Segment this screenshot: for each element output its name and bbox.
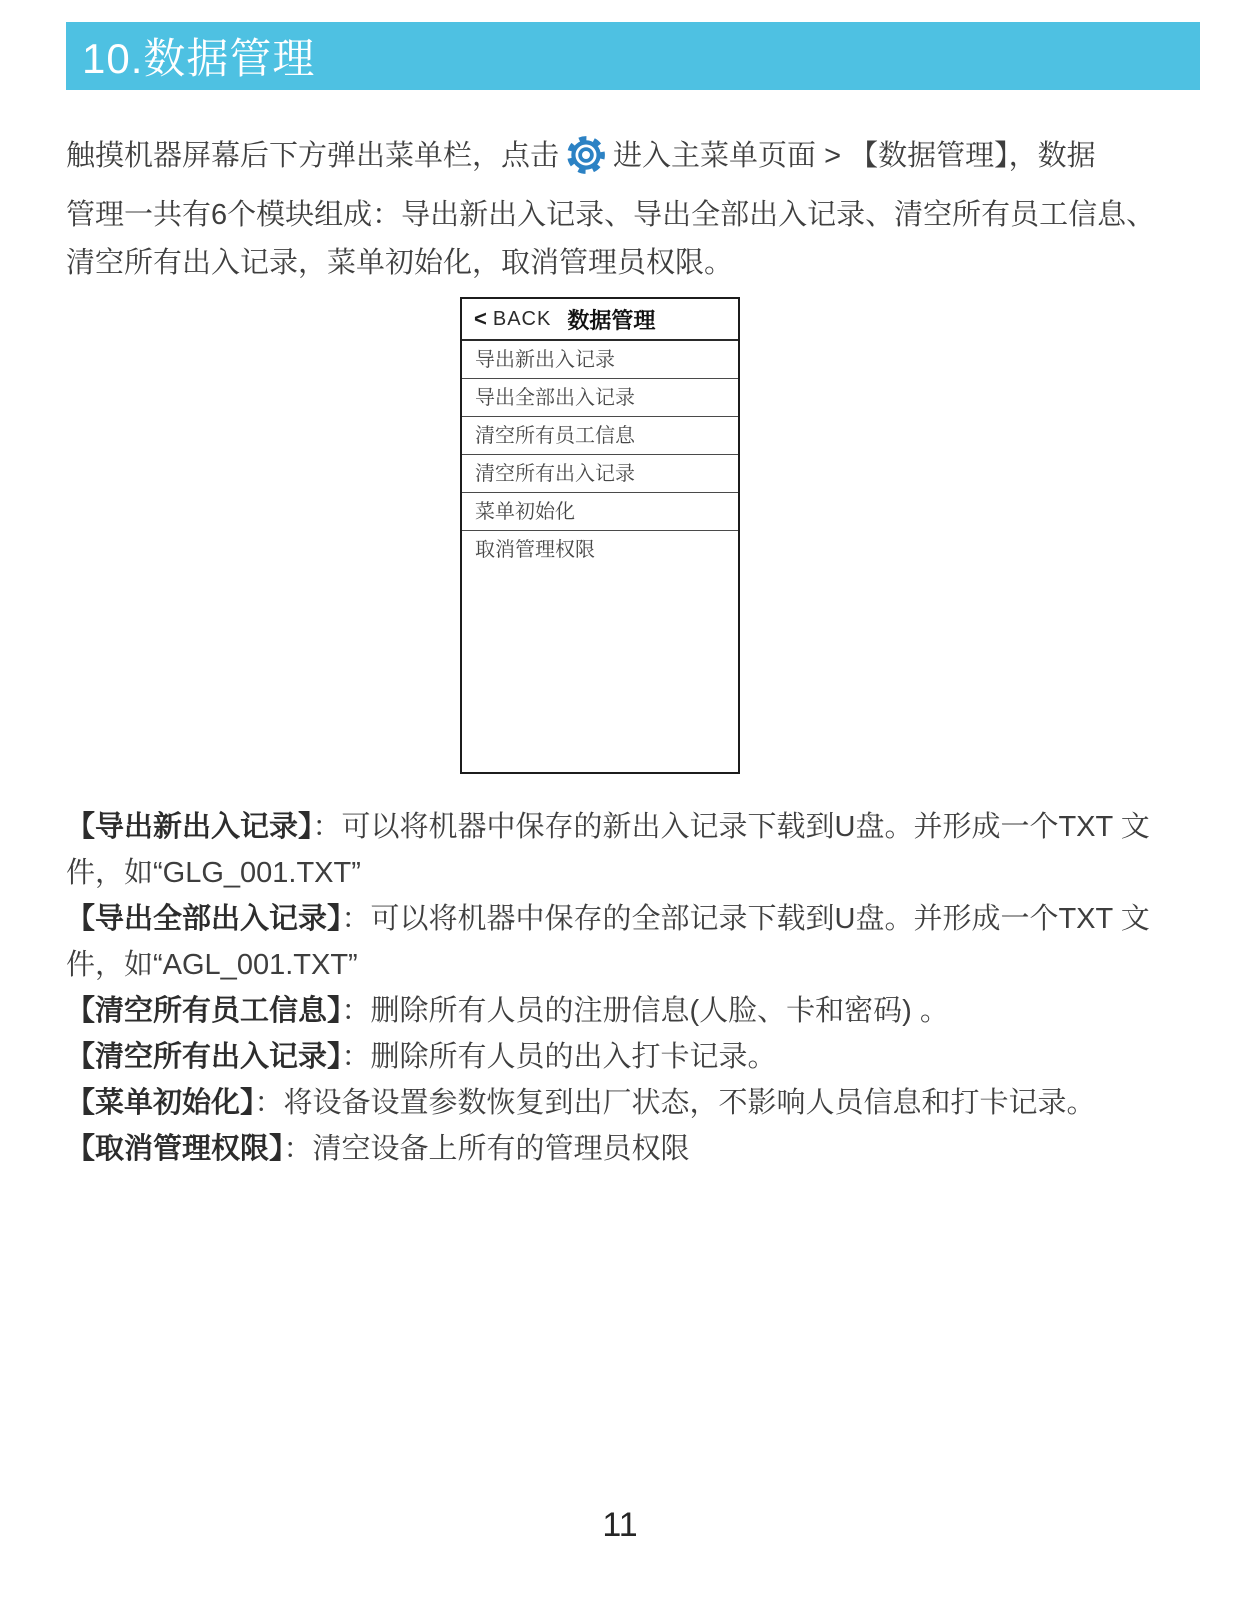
intro-line1-before: 触摸机器屏幕后下方弹出菜单栏，点击: [66, 140, 559, 172]
device-menu-title: 数据管理: [567, 304, 655, 335]
menu-item-export-all-records: 导出全部出入记录: [462, 379, 738, 417]
description-text: ：删除所有人员的注册信息(人脸、卡和密码) 。: [342, 995, 949, 1027]
description-label: 【导出全部出入记录】: [66, 903, 342, 935]
menu-item-export-new-records: 导出新出入记录: [462, 341, 738, 379]
intro-line-1: 触摸机器屏幕后下方弹出菜单栏，点击 进入主菜单页面 > 【数据管理】，数据: [66, 132, 1191, 191]
description-label: 【导出新出入记录】: [66, 811, 313, 843]
intro-line-2: 管理一共有6个模块组成：导出新出入记录、导出全部出入记录、清空所有员工信息、: [66, 191, 1191, 239]
page-number: 11: [0, 1506, 1240, 1545]
description-label: 【清空所有出入记录】: [66, 1041, 342, 1073]
description-text: ：清空设备上所有的管理员权限: [284, 1133, 690, 1165]
device-menu-illustration: < BACK 数据管理 导出新出入记录 导出全部出入记录 清空所有员工信息 清空…: [460, 297, 740, 774]
back-chevron-icon: <: [474, 306, 487, 332]
section-header-bar: 10.数据管理: [66, 22, 1200, 90]
description-clear-access-records: 【清空所有出入记录】：删除所有人员的出入打卡记录。: [66, 1034, 1156, 1080]
description-text: ：将设备设置参数恢复到出厂状态，不影响人员信息和打卡记录。: [255, 1087, 1096, 1119]
descriptions-section: 【导出新出入记录】：可以将机器中保存的新出入记录下载到U盘。并形成一个TXT 文…: [66, 804, 1156, 1172]
description-export-all-records: 【导出全部出入记录】：可以将机器中保存的全部记录下载到U盘。并形成一个TXT 文…: [66, 896, 1156, 988]
description-menu-initialization: 【菜单初始化】：将设备设置参数恢复到出厂状态，不影响人员信息和打卡记录。: [66, 1080, 1156, 1126]
intro-paragraph: 触摸机器屏幕后下方弹出菜单栏，点击 进入主菜单页面 > 【数据管理】，数据 管理…: [66, 132, 1191, 287]
intro-line-3: 清空所有出入记录，菜单初始化，取消管理员权限。: [66, 239, 1191, 287]
description-label: 【清空所有员工信息】: [66, 995, 342, 1027]
manual-page: 10.数据管理 触摸机器屏幕后下方弹出菜单栏，点击 进入主菜单页面 > 【数据管…: [0, 0, 1240, 1600]
back-button-label: BACK: [493, 308, 551, 331]
device-menu-header: < BACK 数据管理: [462, 299, 738, 341]
description-export-new-records: 【导出新出入记录】：可以将机器中保存的新出入记录下载到U盘。并形成一个TXT 文…: [66, 804, 1156, 896]
menu-item-cancel-admin-rights: 取消管理权限: [462, 531, 738, 569]
menu-item-clear-access-records: 清空所有出入记录: [462, 455, 738, 493]
description-cancel-admin-rights: 【取消管理权限】：清空设备上所有的管理员权限: [66, 1126, 1156, 1172]
section-title: 10.数据管理: [82, 26, 315, 86]
description-text: ：删除所有人员的出入打卡记录。: [342, 1041, 777, 1073]
menu-item-clear-employee-info: 清空所有员工信息: [462, 417, 738, 455]
intro-line1-after: 进入主菜单页面 > 【数据管理】，数据: [613, 140, 1096, 172]
description-label: 【菜单初始化】: [66, 1087, 255, 1119]
description-label: 【取消管理权限】: [66, 1133, 284, 1165]
gear-icon: [565, 134, 607, 191]
description-clear-employee-info: 【清空所有员工信息】：删除所有人员的注册信息(人脸、卡和密码) 。: [66, 988, 1156, 1034]
menu-item-menu-initialization: 菜单初始化: [462, 493, 738, 531]
